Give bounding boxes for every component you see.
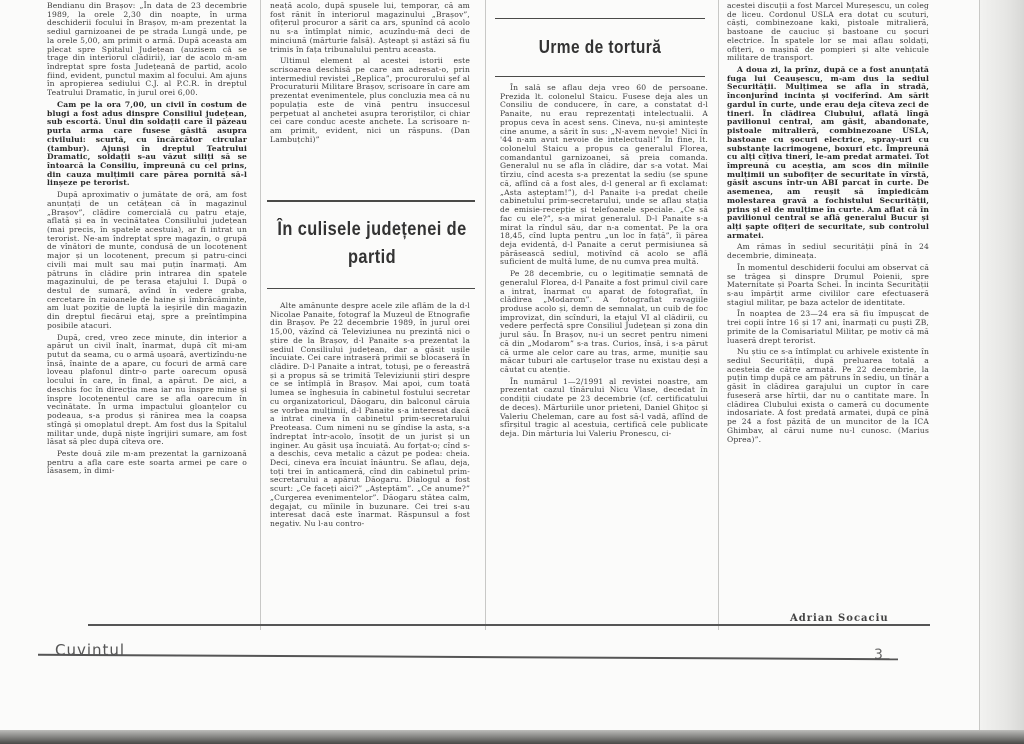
paragraph: Bendianu din Brașov: „În data de 23 dece…: [47, 2, 247, 98]
section-rule: [495, 76, 705, 77]
paragraph: acestei discuții a fost Marcel Mureșescu…: [727, 2, 929, 63]
section-rule: [267, 200, 475, 202]
paragraph: Ultimul element al acestei istorii este …: [270, 57, 470, 144]
paragraph: A doua zi, la prînz, după ce a fost anun…: [727, 66, 929, 240]
paragraph: neață acolo, după spusele lui, temporar,…: [270, 2, 470, 54]
paragraph: Pe 28 decembrie, cu o legitimație semnat…: [500, 270, 708, 375]
subheadline-culisele: În culisele județenei de partid: [277, 216, 466, 272]
publication-name: Cuvintul: [55, 641, 125, 659]
article-column-4: acestei discuții a fost Marcel Mureșescu…: [727, 2, 929, 444]
paragraph: Peste două zile m-am prezentat la garniz…: [47, 450, 247, 476]
paragraph: După, cred, vreo zece minute, din interi…: [47, 334, 247, 447]
paragraph: În numărul 1—2/1991 al revistei noastre,…: [500, 378, 708, 439]
scan-bottom-edge: [0, 730, 1024, 744]
newspaper-page: Bendianu din Brașov: „În data de 23 dece…: [0, 0, 1024, 744]
column-divider: [260, 0, 261, 630]
paragraph: Cam pe la ora 7,00, un civil în costum d…: [47, 101, 247, 188]
subheadline-urme-de-tortura: Urme de tortură: [505, 36, 694, 58]
page-number: 3: [874, 647, 883, 663]
section-rule: [495, 18, 705, 19]
paragraph: Nu știu ce s-a întîmplat cu arhivele exi…: [727, 348, 929, 444]
paragraph: În sală se aflau deja vreo 60 de persoan…: [500, 84, 708, 267]
article-column-2-lower: Alte amănunte despre acele zile aflăm de…: [270, 302, 470, 529]
paragraph: Alte amănunte despre acele zile aflăm de…: [270, 302, 470, 529]
footer-bottom-rule: [38, 654, 898, 661]
article-column-1: Bendianu din Brașov: „În data de 23 dece…: [47, 2, 247, 476]
section-rule: [267, 288, 475, 289]
paragraph: După aproximativ o jumătate de oră, am f…: [47, 191, 247, 331]
paragraph: În noaptea de 23—24 era să fiu împușcat …: [727, 310, 929, 345]
scan-page-edge: [979, 0, 1024, 744]
paragraph: Am rămas în sediul securității pînă în 2…: [727, 243, 929, 260]
author-byline: Adrian Socaciu: [790, 613, 889, 624]
article-column-2: neață acolo, după spusele lui, temporar,…: [270, 2, 470, 145]
paragraph: În momentul deschiderii focului am obser…: [727, 264, 929, 308]
column-divider: [718, 0, 719, 630]
article-column-3: În sală se aflau deja vreo 60 de persoan…: [500, 84, 708, 439]
column-divider: [485, 0, 486, 630]
footer-top-rule: [88, 624, 930, 626]
